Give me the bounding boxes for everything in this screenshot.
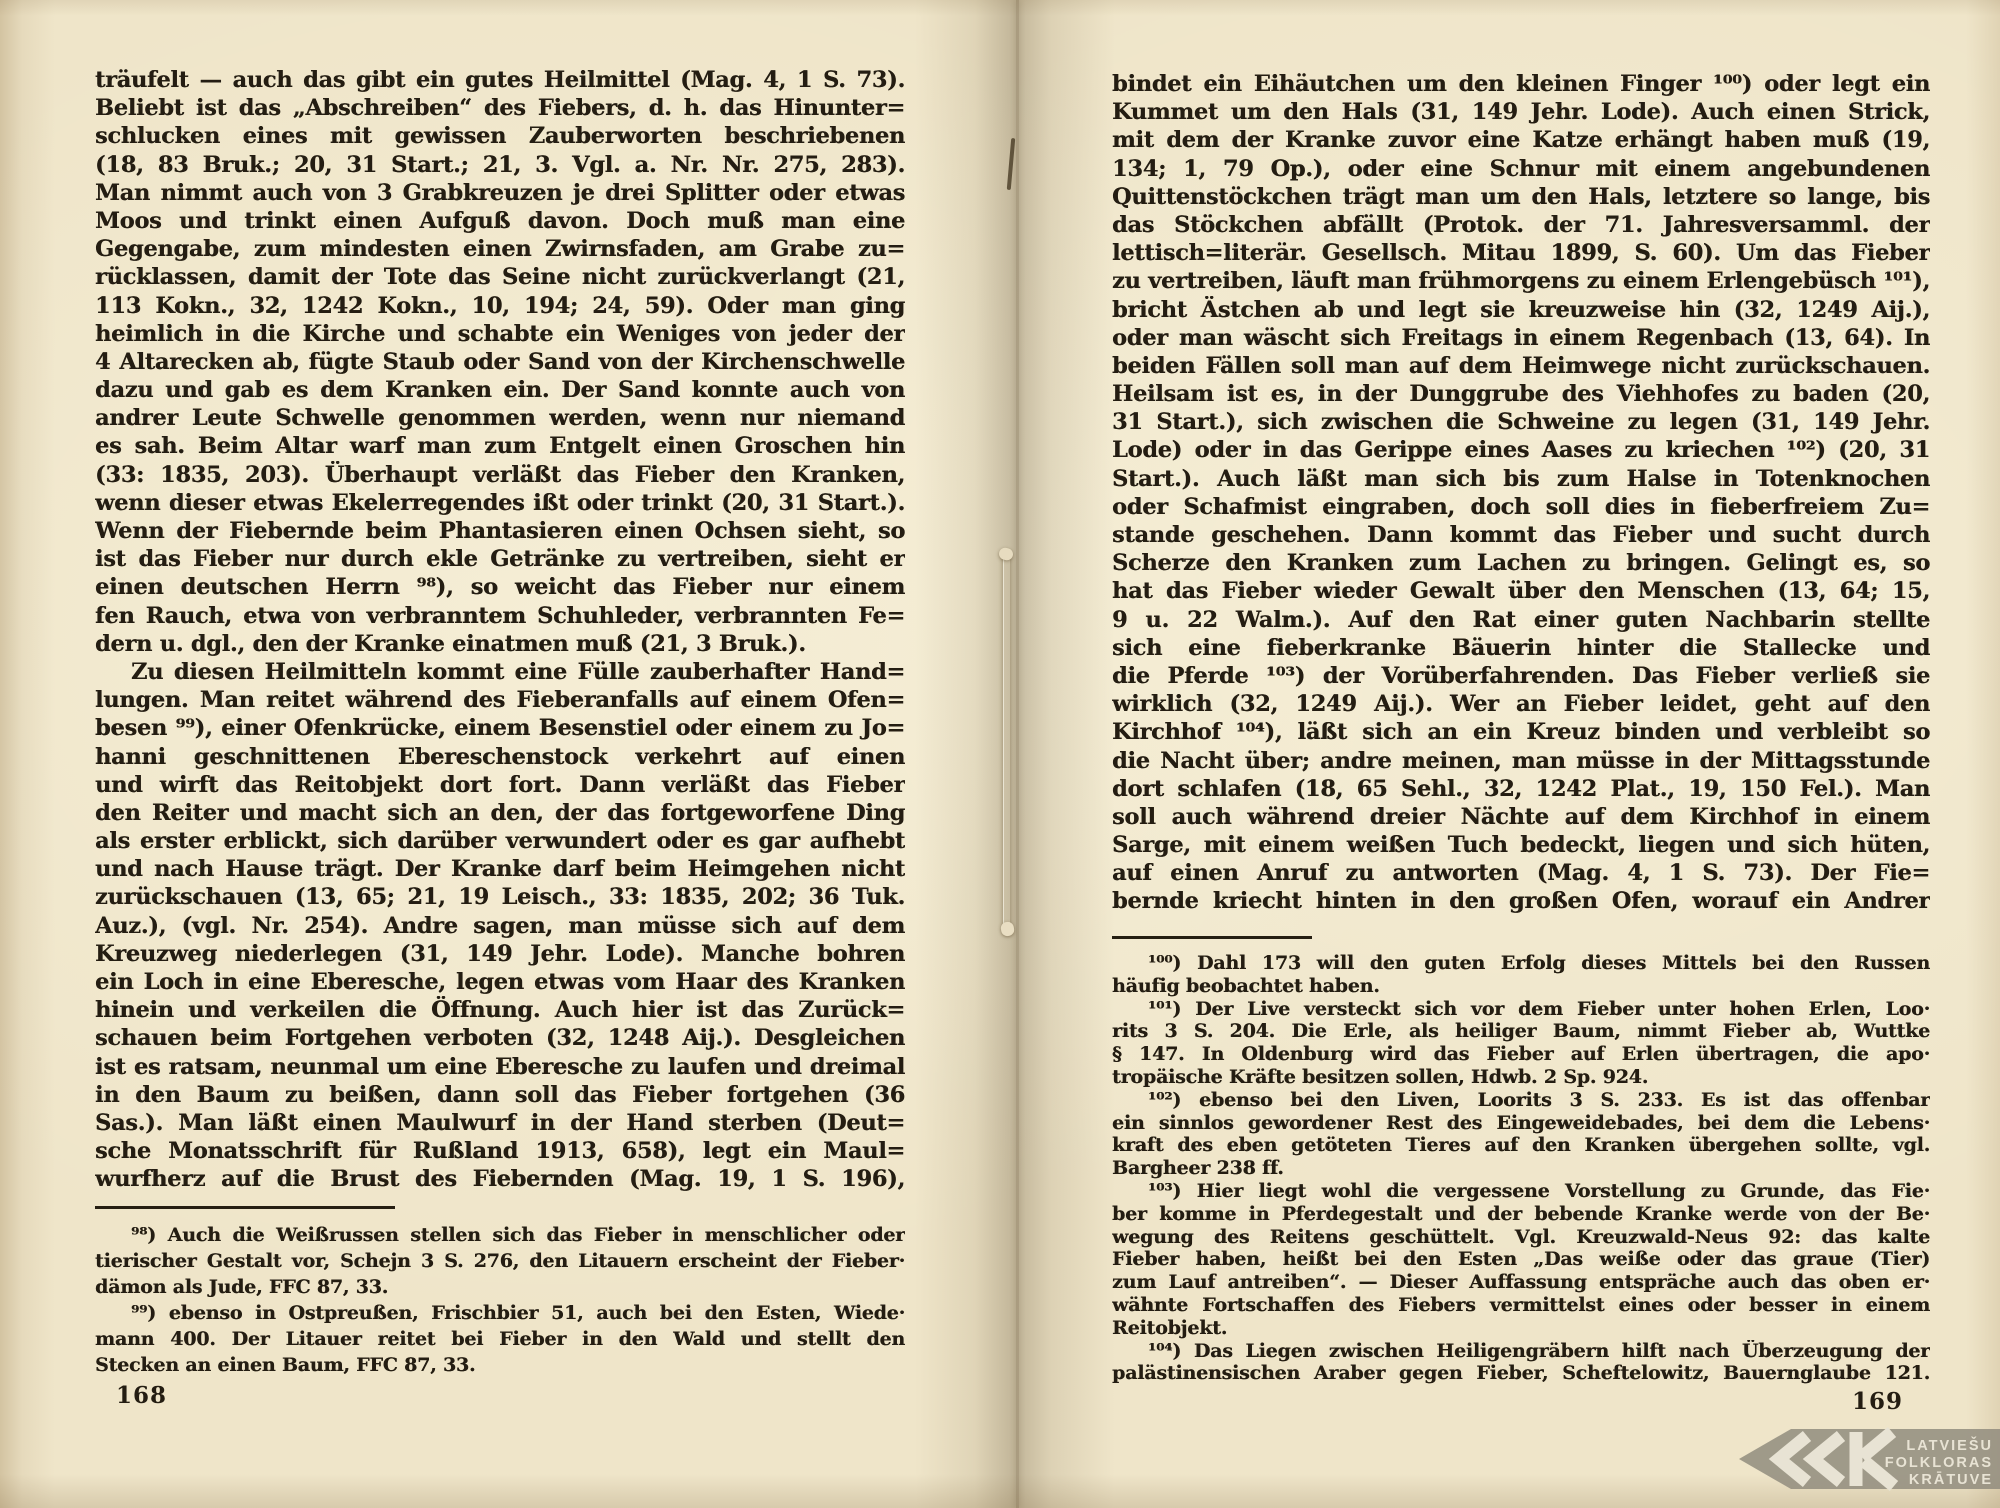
footnote-line: § 147. In Oldenburg wird das Fieber auf … <box>1112 1043 1930 1066</box>
body-text-line: 9 u. 22 Walm.). Auf den Rat einer guten … <box>1112 606 1930 634</box>
footnote-line: ¹⁰⁴) Das Liegen zwischen Heiligengräbern… <box>1112 1340 1930 1363</box>
body-text-line: in den Baum zu beißen, dann soll das Fie… <box>95 1081 905 1109</box>
left-page-footnotes: ⁹⁸) Auch die Weißrussen stellen sich das… <box>95 1222 905 1378</box>
body-text-line: zurückschauen (13, 65; 21, 19 Leisch., 3… <box>95 883 905 911</box>
footnote-line: zum Lauf antreiben“. — Dieser Auffassung… <box>1112 1271 1930 1294</box>
body-text-line: und nach Hause trägt. Der Kranke darf be… <box>95 855 905 883</box>
footnote-rule-right <box>1112 936 1312 939</box>
body-text-line: stande geschehen. Dann kommt das Fieber … <box>1112 521 1930 549</box>
body-text-line: 4 Altarecken ab, fügte Staub oder Sand v… <box>95 348 905 376</box>
body-text-line: Kirchhof ¹⁰⁴), läßt sich an ein Kreuz bi… <box>1112 718 1930 746</box>
body-text-line: oder man wäscht sich Freitags in einem R… <box>1112 324 1930 352</box>
body-text-line: schlucken eines mit gewissen Zauberworte… <box>95 122 905 150</box>
svg-text:KRĀTUVE: KRĀTUVE <box>1909 1471 1993 1488</box>
book-spread: träufelt — auch das gibt ein gutes Heilm… <box>0 0 2000 1508</box>
footnote-rule-left <box>95 1206 395 1209</box>
page-number-right: 169 <box>1852 1388 1903 1415</box>
body-text-line: 113 Kokn., 32, 1242 Kokn., 10, 194; 24, … <box>95 292 905 320</box>
body-text-line: andrer Leute Schwelle genommen werden, w… <box>95 404 905 432</box>
footnote-line: Bargheer 238 ff. <box>1112 1157 1930 1180</box>
gutter-crease <box>1016 0 1019 1508</box>
body-text-line: Scherze den Kranken zum Lachen zu bringe… <box>1112 549 1930 577</box>
paper-edge-bottom <box>0 1474 2000 1508</box>
body-text-line: Quittenstöckchen trägt man um den Hals, … <box>1112 183 1930 211</box>
body-text-line: beiden Fällen soll man auf dem Heimwege … <box>1112 352 1930 380</box>
body-text-line: oder Schafmist eingraben, doch soll dies… <box>1112 493 1930 521</box>
body-text-line: Sarge, mit einem weißen Tuch bedeckt, li… <box>1112 831 1930 859</box>
body-text-line: hat das Fieber wieder Gewalt über den Me… <box>1112 577 1930 605</box>
footnote-line: ein sinnlos gewordener Rest des Eingewei… <box>1112 1112 1930 1135</box>
body-text-line: den Reiter und macht sich an den, der da… <box>95 799 905 827</box>
footnote-line: Fieber haben, heißt bei den Esten „Das w… <box>1112 1248 1930 1271</box>
footnote-line: mann 400. Der Litauer reitet bei Fieber … <box>95 1326 905 1352</box>
paper-edge-left <box>0 0 55 1508</box>
watermark-banner: LATVIEŠU FOLKLORAS KRĀTUVE <box>1737 1424 2000 1494</box>
body-text-line: träufelt — auch das gibt ein gutes Heilm… <box>95 66 905 94</box>
body-text-line: wenn dieser etwas Ekelerregendes ißt ode… <box>95 489 905 517</box>
paper-edge-top <box>0 0 2000 16</box>
body-text-line: lettisch=literär. Gesellsch. Mitau 1899,… <box>1112 239 1930 267</box>
body-text-line: als erster erblickt, sich darüber verwun… <box>95 827 905 855</box>
body-text-line: Wenn der Fiebernde beim Phantasieren ein… <box>95 517 905 545</box>
body-text-line: ein Loch in eine Eberesche, legen etwas … <box>95 968 905 996</box>
body-text-line: Zu diesen Heilmitteln kommt eine Fülle z… <box>95 658 905 686</box>
left-page-body-text: träufelt — auch das gibt ein gutes Heilm… <box>95 66 905 1194</box>
body-text-line: hinein und verkeilen die Öffnung. Auch h… <box>95 996 905 1024</box>
right-page-body-text: bindet ein Eihäutchen um den kleinen Fin… <box>1112 70 1930 916</box>
svg-text:FOLKLORAS: FOLKLORAS <box>1885 1455 1993 1471</box>
page-gutter-shadow <box>915 0 1115 1508</box>
body-text-line: besen ⁹⁹), einer Ofenkrücke, einem Besen… <box>95 714 905 742</box>
footnote-line: rits 3 S. 204. Die Erle, als heiliger Ba… <box>1112 1020 1930 1043</box>
body-text-line: soll auch während dreier Nächte auf dem … <box>1112 803 1930 831</box>
footnote-line: ¹⁰²) ebenso bei den Liven, Loorits 3 S. … <box>1112 1089 1930 1112</box>
right-page-footnotes: ¹⁰⁰) Dahl 173 will den guten Erfolg dies… <box>1112 952 1930 1385</box>
body-text-line: ist es ratsam, neunmal um eine Eberesche… <box>95 1053 905 1081</box>
body-text-line: Auz.), (vgl. Nr. 254). Andre sagen, man … <box>95 912 905 940</box>
body-text-line: 134; 1, 79 Op.), oder eine Schnur mit ei… <box>1112 155 1930 183</box>
body-text-line: ist das Fieber nur durch ekle Getränke z… <box>95 545 905 573</box>
binding-thread <box>1003 552 1010 934</box>
footnote-line: wegung des Reitens geschüttelt. Vgl. Kre… <box>1112 1226 1930 1249</box>
footnote-line: wähnte Fortschaffen des Fiebers vermitte… <box>1112 1294 1930 1317</box>
body-text-line: Heilsam ist es, in der Dunggrube des Vie… <box>1112 380 1930 408</box>
body-text-line: 31 Start.), sich zwischen die Schweine z… <box>1112 408 1930 436</box>
body-text-line: fen Rauch, etwa von verbranntem Schuhled… <box>95 602 905 630</box>
body-text-line: und wirft das Reitobjekt dort fort. Dann… <box>95 771 905 799</box>
body-text-line: Man nimmt auch von 3 Grabkreuzen je drei… <box>95 179 905 207</box>
body-text-line: (33: 1835, 203). Überhaupt verläßt das F… <box>95 461 905 489</box>
body-text-line: die Nacht über; andre meinen, man müsse … <box>1112 747 1930 775</box>
body-text-line: mit dem der Kranke zuvor eine Katze erhä… <box>1112 126 1930 154</box>
body-text-line: Lode) oder in das Gerippe eines Aases zu… <box>1112 436 1930 464</box>
body-text-line: Sas.). Man läßt einen Maulwurf in der Ha… <box>95 1109 905 1137</box>
footnote-line: tropäische Kräfte besitzen sollen, Hdwb.… <box>1112 1066 1930 1089</box>
body-text-line: hanni geschnittenen Ebereschenstock verk… <box>95 743 905 771</box>
body-text-line: schauen beim Fortgehen verboten (32, 124… <box>95 1024 905 1052</box>
footnote-line: ber komme in Pferdegestalt und der beben… <box>1112 1203 1930 1226</box>
footnote-line: ¹⁰¹) Der Live versteckt sich vor dem Fie… <box>1112 998 1930 1021</box>
body-text-line: bricht Ästchen ab und legt sie kreuzweis… <box>1112 296 1930 324</box>
body-text-line: wirklich (32, 1249 Aij.). Wer an Fieber … <box>1112 690 1930 718</box>
footnote-line: kraft des eben getöteten Tieres auf den … <box>1112 1134 1930 1157</box>
body-text-line: dazu und gab es dem Kranken ein. Der San… <box>95 376 905 404</box>
footnote-line: ¹⁰³) Hier liegt wohl die vergessene Vors… <box>1112 1180 1930 1203</box>
body-text-line: Start.). Auch läßt man sich bis zum Hals… <box>1112 465 1930 493</box>
body-text-line: Moos und trinkt einen Aufguß davon. Doch… <box>95 207 905 235</box>
body-text-line: (18, 83 Bruk.; 20, 31 Start.; 21, 3. Vgl… <box>95 151 905 179</box>
body-text-line: Gegengabe, zum mindesten einen Zwirnsfad… <box>95 235 905 263</box>
body-text-line: Beliebt ist das „Abschreiben“ des Fieber… <box>95 94 905 122</box>
body-text-line: bindet ein Eihäutchen um den kleinen Fin… <box>1112 70 1930 98</box>
svg-text:LATVIEŠU: LATVIEŠU <box>1906 1436 1993 1454</box>
body-text-line: auf einen Anruf zu antworten (Mag. 4, 1 … <box>1112 859 1930 887</box>
body-text-line: Kreuzweg niederlegen (31, 149 Jehr. Lode… <box>95 940 905 968</box>
footnote-line: dämon als Jude, FFC 87, 33. <box>95 1274 905 1300</box>
body-text-line: heimlich in die Kirche und schabte ein W… <box>95 320 905 348</box>
footnote-line: häufig beobachtet haben. <box>1112 975 1930 998</box>
body-text-line: sich eine fieberkranke Bäuerin hinter di… <box>1112 634 1930 662</box>
body-text-line: die Pferde ¹⁰³) der Vorüberfahrenden. Da… <box>1112 662 1930 690</box>
footnote-line: palästinensischen Araber gegen Fieber, S… <box>1112 1362 1930 1385</box>
footnote-line: ¹⁰⁰) Dahl 173 will den guten Erfolg dies… <box>1112 952 1930 975</box>
body-text-line: sche Monatsschrift für Rußland 1913, 658… <box>95 1137 905 1165</box>
paper-edge-right <box>1966 0 2000 1508</box>
body-text-line: rücklassen, damit der Tote das Seine nic… <box>95 263 905 291</box>
body-text-line: einen deutschen Herrn ⁹⁸), so weicht das… <box>95 573 905 601</box>
body-text-line: es sah. Beim Altar warf man zum Entgelt … <box>95 432 905 460</box>
body-text-line: dern u. dgl., den der Kranke einatmen mu… <box>95 630 905 658</box>
footnote-line: Stecken an einen Baum, FFC 87, 33. <box>95 1352 905 1378</box>
footnote-line: tierischer Gestalt vor, Schejn 3 S. 276,… <box>95 1248 905 1274</box>
body-text-line: wurfherz auf die Brust des Fiebernden (M… <box>95 1165 905 1193</box>
body-text-line: dort schlafen (18, 65 Sehl., 32, 1242 Pl… <box>1112 775 1930 803</box>
page-number-left: 168 <box>116 1382 167 1409</box>
body-text-line: zu vertreiben, läuft man frühmorgens zu … <box>1112 267 1930 295</box>
body-text-line: Kummet um den Hals (31, 149 Jehr. Lode).… <box>1112 98 1930 126</box>
body-text-line: lungen. Man reitet während des Fieberanf… <box>95 686 905 714</box>
body-text-line: das Stöckchen abfällt (Protok. der 71. J… <box>1112 211 1930 239</box>
footnote-line: ⁹⁸) Auch die Weißrussen stellen sich das… <box>95 1222 905 1248</box>
body-text-line: bernde kriecht hinten in den großen Ofen… <box>1112 887 1930 915</box>
footnote-line: ⁹⁹) ebenso in Ostpreußen, Frischbier 51,… <box>95 1300 905 1326</box>
footnote-line: Reitobjekt. <box>1112 1317 1930 1340</box>
